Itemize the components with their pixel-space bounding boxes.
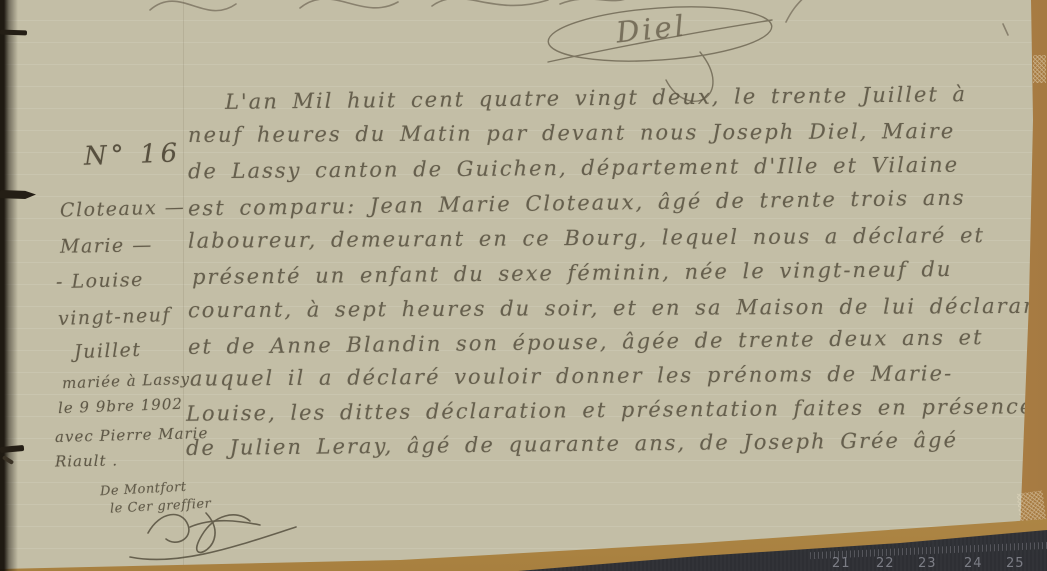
act-body-line: auquel il a déclaré vouloir donner les p… [190,361,953,390]
ruler-number: 24 [964,556,983,571]
margin-marriage-note-line: mariée à Lassy [62,370,191,392]
binding-mesh-texture [1033,55,1046,83]
margin-mention-line: De Montfort [100,480,187,500]
act-body-line: Louise, les dittes déclaration et présen… [186,394,1034,425]
margin-marriage-note-line: le 9 9bre 1902 [58,395,183,417]
top-flourish-strokes [0,0,1047,135]
margin-name-line: Marie — [60,234,153,258]
act-body-line: de Julien Leray, âgé de quarante ans, de… [186,428,958,460]
margin-name-line: Juillet [74,339,142,363]
act-body-line: présenté un enfant du sexe féminin, née … [192,257,953,289]
margin-name-line: - Louise [56,269,144,293]
act-body-line: de Lassy canton de Guichen, département … [188,153,959,184]
margin-name-line: vingt-neuf [58,304,172,330]
mayor-signature-top: Diel [614,8,688,49]
act-body-line: et de Anne Blandin son épouse, âgée de t… [188,325,984,359]
ruler-number: 21 [832,556,851,571]
scanned-register-page: Diel N° 16 Cloteaux — Marie — - Louise v… [0,0,1047,571]
margin-mention-line: le Cer greffier [110,496,212,516]
margin-act-number: N° 16 [84,138,182,171]
act-body-line: laboureur, demeurant en ce Bourg, lequel… [188,223,985,253]
binding-stitch [0,445,24,453]
act-body-line: L'an Mil huit cent quatre vingt deux, le… [225,82,967,114]
margin-name-line: Cloteaux — [60,196,186,221]
act-body-line: neuf heures du Matin par devant nous Jos… [188,119,955,147]
act-body-line: est comparu: Jean Marie Cloteaux, âgé de… [188,186,966,221]
ruler-number: 25 [1006,556,1025,571]
margin-marriage-note-line: Riault . [55,451,118,470]
left-binding-gutter [0,0,18,571]
ruler-number: 23 [918,556,937,571]
binding-stitch [0,30,27,36]
binding-stitch [0,190,36,199]
act-body-line: courant, à sept heures du soir, et en sa… [188,294,1047,323]
ruler-number: 22 [876,556,895,571]
